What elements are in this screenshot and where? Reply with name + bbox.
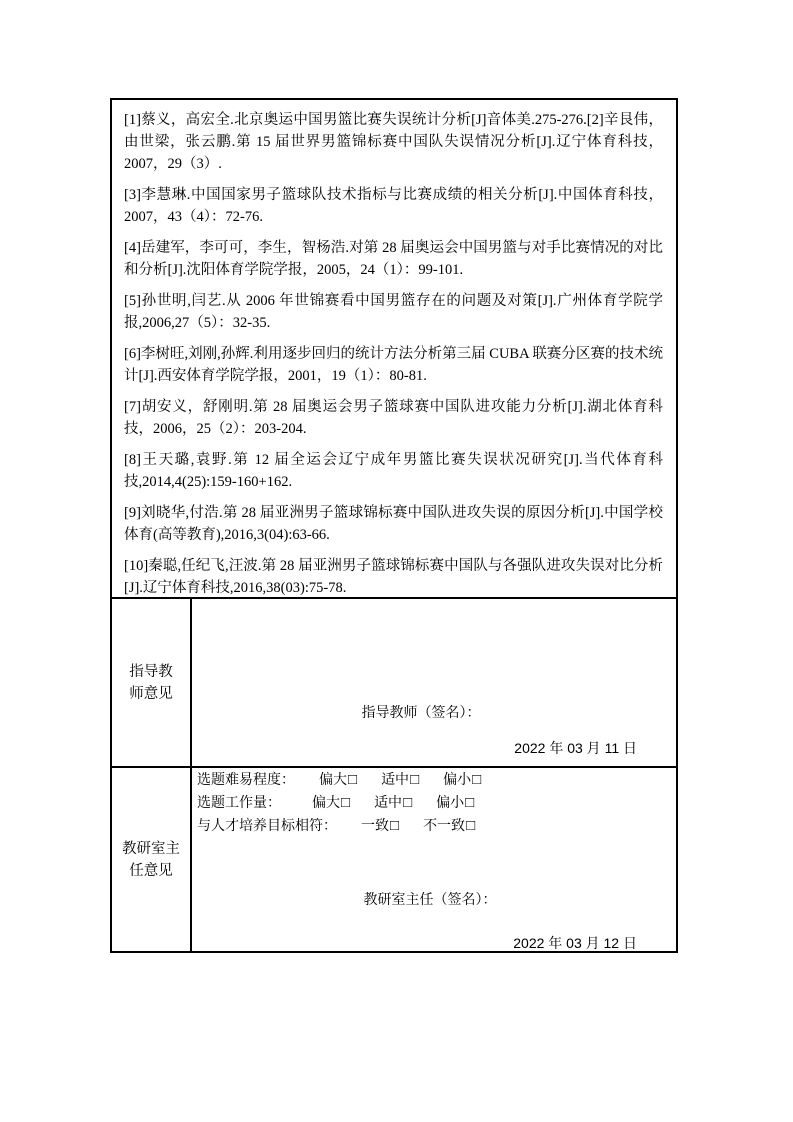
checkbox-goal-inconsistent[interactable]: □: [466, 817, 475, 834]
department-date: 2022 年 03 月 12 日: [513, 932, 637, 954]
workload-row: 选题工作量： 偏大□适中□偏小□: [197, 791, 676, 814]
advisor-opinion-content: 指导教师（签名）： 2022 年 03 月 11 日: [192, 599, 676, 766]
checkbox-workload-too-small[interactable]: □: [465, 794, 474, 811]
training-goal-label: 与人才培养目标相符：: [197, 817, 337, 833]
advisor-opinion-label: 指导教 师意见: [112, 599, 192, 766]
checkbox-workload-too-large[interactable]: □: [341, 794, 350, 811]
department-opinion-content: 选题难易程度：偏大□适中□偏小□ 选题工作量： 偏大□适中□偏小□ 与人才培养目…: [192, 768, 676, 951]
department-opinion-row: 教研室主 任意见 选题难易程度：偏大□适中□偏小□ 选题工作量： 偏大□适中□偏…: [112, 768, 676, 951]
reference-item: [1]蔡义，高宏全.北京奥运中国男篮比赛失误统计分析[J]音体美.275-276…: [124, 109, 663, 175]
option-label: 偏大: [319, 771, 347, 787]
reference-item: [5]孙世明,闫艺.从 2006 年世锦赛看中国男篮存在的问题及对策[J].广州…: [124, 290, 663, 334]
checkbox-difficulty-moderate[interactable]: □: [410, 771, 419, 788]
advisor-label-line1: 指导教: [129, 661, 173, 683]
option-label: 适中: [374, 794, 402, 810]
advisor-signature-label: 指导教师（签名）：: [192, 701, 650, 723]
checkbox-difficulty-too-easy[interactable]: □: [472, 771, 481, 788]
reference-item: [8]王天璐,袁野.第 12 届全运会辽宁成年男篮比赛失误状况研究[J].当代体…: [124, 449, 663, 493]
workload-label: 选题工作量：: [197, 794, 288, 810]
option-label: 偏大: [312, 794, 340, 810]
reference-item: [7]胡安义，舒刚明.第 28 届奥运会男子篮球赛中国队进攻能力分析[J].湖北…: [124, 396, 663, 440]
advisor-opinion-row: 指导教 师意见 指导教师（签名）： 2022 年 03 月 11 日: [112, 599, 676, 768]
checkbox-difficulty-too-hard[interactable]: □: [348, 771, 357, 788]
difficulty-row: 选题难易程度：偏大□适中□偏小□: [197, 768, 676, 791]
option-label: 偏小: [436, 794, 464, 810]
training-goal-row: 与人才培养目标相符：一致□不一致□: [197, 814, 676, 837]
reference-item: [3]李慧琳.中国国家男子篮球队技术指标与比赛成绩的相关分析[J].中国体育科技…: [124, 184, 663, 228]
advisor-label-line2: 师意见: [129, 683, 173, 705]
advisor-date: 2022 年 03 月 11 日: [514, 737, 637, 759]
difficulty-label: 选题难易程度：: [197, 771, 295, 787]
option-label: 不一致: [423, 817, 465, 833]
option-label: 一致: [361, 817, 389, 833]
reference-item: [9]刘晓华,付浩.第 28 届亚洲男子篮球锦标赛中国队进攻失误的原因分析[J]…: [124, 502, 663, 546]
department-label-line1: 教研室主: [122, 838, 180, 860]
reference-item: [10]秦聪,任纪飞,汪波.第 28 届亚洲男子篮球锦标赛中国队与各强队进攻失误…: [124, 555, 663, 599]
department-signature-label: 教研室主任（签名）：: [192, 888, 668, 910]
option-label: 偏小: [443, 771, 471, 787]
option-label: 适中: [381, 771, 409, 787]
references-section: [1]蔡义，高宏全.北京奥运中国男篮比赛失误统计分析[J]音体美.275-276…: [112, 100, 676, 599]
department-opinion-label: 教研室主 任意见: [112, 768, 192, 951]
thesis-review-table: [1]蔡义，高宏全.北京奥运中国男篮比赛失误统计分析[J]音体美.275-276…: [110, 98, 678, 953]
checkbox-goal-consistent[interactable]: □: [390, 817, 399, 834]
department-label-line2: 任意见: [129, 860, 173, 882]
topic-evaluation-checkboxes: 选题难易程度：偏大□适中□偏小□ 选题工作量： 偏大□适中□偏小□ 与人才培养目…: [192, 768, 676, 837]
reference-item: [6]李树旺,刘刚,孙辉.利用逐步回归的统计方法分析第三届 CUBA 联赛分区赛…: [124, 343, 663, 387]
reference-item: [4]岳建军，李可可，李生，智杨浩.对第 28 届奥运会中国男篮与对手比赛情况的…: [124, 237, 663, 281]
checkbox-workload-moderate[interactable]: □: [403, 794, 412, 811]
